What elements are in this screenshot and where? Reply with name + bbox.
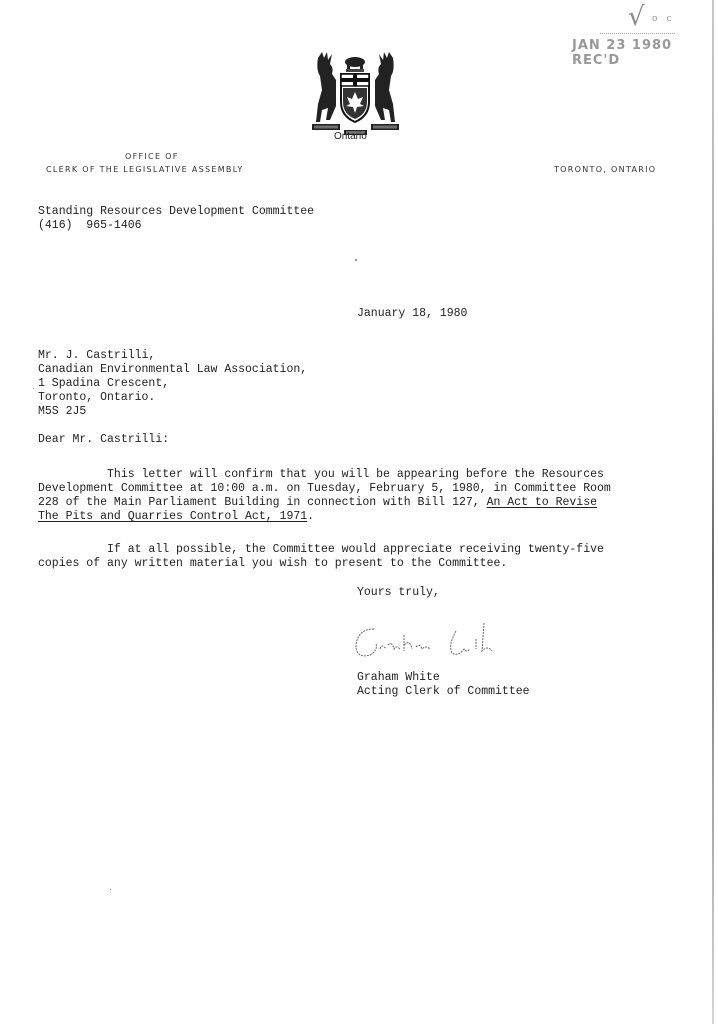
letter-page: √ o c JAN 23 1980 REC'D Ontario OFFICE O…	[0, 0, 718, 1024]
line-4-period: .	[307, 510, 314, 523]
scan-speck	[33, 388, 34, 389]
office-heading-line1: OFFICE OF	[125, 152, 179, 161]
line-3-text: 228 of the Main Parliament Building in c…	[38, 496, 487, 509]
body-paragraph-1-line-1: This letter will confirm that you will b…	[38, 468, 604, 482]
scan-speck	[110, 889, 111, 890]
received-date-stamp: JAN 23 1980 REC'D	[572, 38, 718, 68]
body-paragraph-1-line-4: The Pits and Quarries Control Act, 1971.	[38, 510, 314, 524]
salutation: Dear Mr. Castrilli:	[38, 433, 169, 447]
page-edge-shadow	[712, 0, 714, 1024]
office-heading-line2: CLERK OF THE LEGISLATIVE ASSEMBLY	[46, 165, 244, 174]
body-paragraph-1-line-2: Development Committee at 10:00 a.m. on T…	[38, 482, 611, 496]
signatory-title: Acting Clerk of Committee	[357, 685, 530, 699]
check-mark-icon: √	[628, 2, 645, 32]
recipient-organization: Canadian Environmental Law Association,	[38, 363, 307, 377]
recipient-city: Toronto, Ontario.	[38, 391, 155, 405]
letter-date: January 18, 1980	[357, 307, 467, 321]
recipient-name: Mr. J. Castrilli,	[38, 349, 155, 363]
committee-name: Standing Resources Development Committee	[38, 205, 314, 219]
body-paragraph-1-line-3: 228 of the Main Parliament Building in c…	[38, 496, 597, 510]
recipient-postal-code: M5S 2J5	[38, 405, 86, 419]
act-title-part-1: An Act to Revise	[487, 496, 597, 509]
body-paragraph-2-line-2: copies of any written material you wish …	[38, 557, 507, 571]
crest-label: Ontario	[334, 131, 367, 142]
committee-phone: (416) 965-1406	[38, 219, 142, 233]
body-paragraph-2-line-1: If at all possible, the Committee would …	[38, 543, 604, 557]
scan-speck	[355, 259, 357, 261]
handwritten-initials: o c	[652, 14, 674, 24]
signatory-name: Graham White	[357, 671, 440, 685]
recipient-street: 1 Spadina Crescent,	[38, 377, 169, 391]
act-title-part-2: The Pits and Quarries Control Act, 1971	[38, 510, 307, 523]
office-location: TORONTO, ONTARIO	[554, 165, 656, 174]
dotted-line	[600, 33, 675, 34]
valediction: Yours truly,	[357, 586, 440, 600]
handwritten-signature	[352, 615, 522, 665]
